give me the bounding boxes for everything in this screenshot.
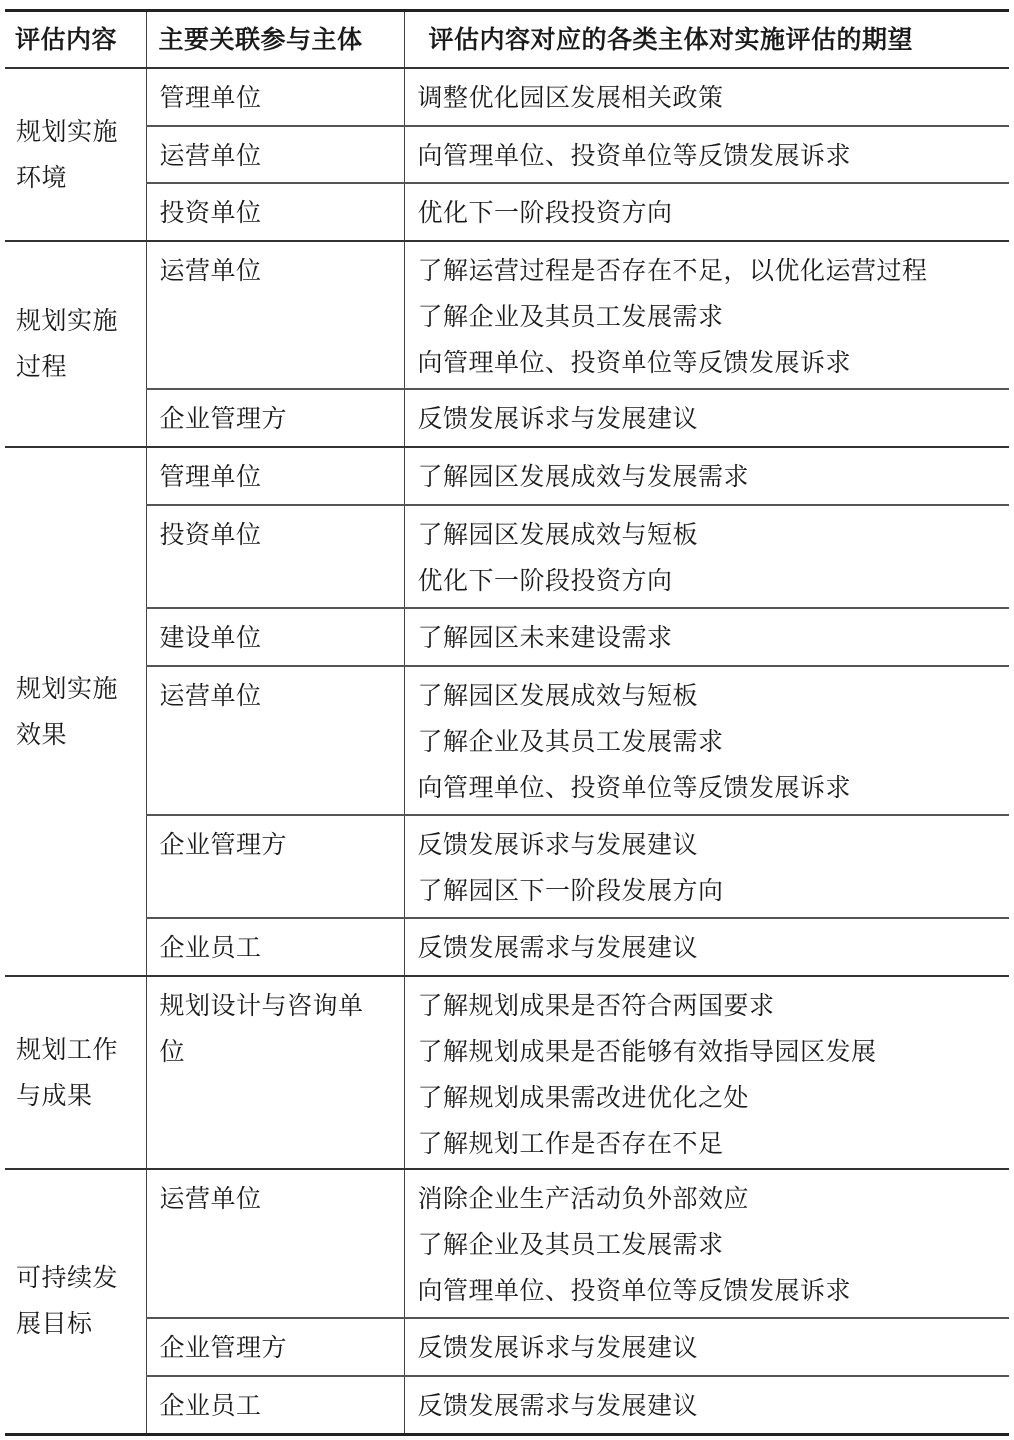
category-cell: 可持续发 展目标 bbox=[5, 1169, 146, 1434]
table-row: 规划实施 环境 管理单位 调整优化园区发展相关政策 bbox=[5, 68, 1009, 126]
subject-text: 企业管理方 bbox=[160, 396, 404, 442]
table-row: 企业员工 反馈发展需求与发展建议 bbox=[5, 1376, 1009, 1434]
expectation-cell: 反馈发展诉求与发展建议 bbox=[404, 1318, 1009, 1376]
expectation-cell: 了解规划成果是否符合两国要求 了解规划成果是否能够有效指导园区发展 了解规划成果… bbox=[404, 976, 1009, 1169]
expectation-cell: 了解运营过程是否存在不足，以优化运营过程 了解企业及其员工发展需求 向管理单位、… bbox=[404, 241, 1009, 389]
subject-text: 企业员工 bbox=[160, 1383, 404, 1429]
expectation-text: 反馈发展诉求与发展建议 bbox=[418, 822, 1010, 868]
table-row: 企业管理方 反馈发展诉求与发展建议 bbox=[5, 389, 1009, 447]
expectation-text: 了解企业及其员工发展需求 bbox=[418, 1222, 1010, 1268]
category-text: 规划实施 bbox=[16, 298, 146, 344]
expectation-text: 反馈发展诉求与发展建议 bbox=[418, 396, 1010, 442]
table-row: 运营单位 向管理单位、投资单位等反馈发展诉求 bbox=[5, 126, 1009, 183]
subject-cell: 建设单位 bbox=[146, 608, 404, 666]
expectation-cell: 向管理单位、投资单位等反馈发展诉求 bbox=[404, 126, 1009, 183]
subject-cell: 运营单位 bbox=[146, 666, 404, 815]
expectation-cell: 消除企业生产活动负外部效应 了解企业及其员工发展需求 向管理单位、投资单位等反馈… bbox=[404, 1169, 1009, 1318]
subject-cell: 规划设计与咨询单 位 bbox=[146, 976, 404, 1169]
subject-text: 投资单位 bbox=[160, 190, 404, 236]
table-row: 规划实施 效果 管理单位 了解园区发展成效与发展需求 bbox=[5, 447, 1009, 505]
expectation-cell: 反馈发展诉求与发展建议 bbox=[404, 389, 1009, 447]
subject-text: 管理单位 bbox=[160, 75, 404, 121]
expectation-cell: 反馈发展需求与发展建议 bbox=[404, 918, 1009, 976]
group-implementation-environment: 规划实施 环境 管理单位 调整优化园区发展相关政策 运营单位 向管理单位、投资单… bbox=[5, 68, 1009, 241]
expectation-text: 反馈发展诉求与发展建议 bbox=[418, 1325, 1010, 1371]
expectation-cell: 了解园区未来建设需求 bbox=[404, 608, 1009, 666]
table-header: 评估内容 主要关联参与主体 评估内容对应的各类主体对实施评估的期望 bbox=[5, 11, 1009, 69]
expectation-text: 了解园区下一阶段发展方向 bbox=[418, 868, 1010, 914]
category-cell: 规划实施 效果 bbox=[5, 447, 146, 976]
expectation-text: 了解企业及其员工发展需求 bbox=[418, 719, 1010, 765]
header-main-participants: 主要关联参与主体 bbox=[146, 11, 404, 69]
group-implementation-process: 规划实施 过程 运营单位 了解运营过程是否存在不足，以优化运营过程 了解企业及其… bbox=[5, 241, 1009, 447]
table-row: 企业管理方 反馈发展诉求与发展建议 了解园区下一阶段发展方向 bbox=[5, 815, 1009, 918]
expectation-text: 调整优化园区发展相关政策 bbox=[418, 75, 1010, 121]
expectation-text: 优化下一阶段投资方向 bbox=[418, 190, 1010, 236]
table-row: 企业员工 反馈发展需求与发展建议 bbox=[5, 918, 1009, 976]
subject-cell: 企业员工 bbox=[146, 1376, 404, 1434]
expectation-cell: 反馈发展需求与发展建议 bbox=[404, 1376, 1009, 1434]
group-sustainable-development-goals: 可持续发 展目标 运营单位 消除企业生产活动负外部效应 了解企业及其员工发展需求… bbox=[5, 1169, 1009, 1434]
subject-text: 规划设计与咨询单 bbox=[160, 983, 404, 1029]
category-text: 规划实施 bbox=[16, 109, 146, 155]
subject-text: 管理单位 bbox=[160, 454, 404, 500]
header-evaluation-content: 评估内容 bbox=[5, 11, 146, 69]
subject-text: 运营单位 bbox=[160, 133, 404, 179]
expectation-text: 了解园区未来建设需求 bbox=[418, 615, 1010, 661]
table-row: 规划工作 与成果 规划设计与咨询单 位 了解规划成果是否符合两国要求 了解规划成… bbox=[5, 976, 1009, 1169]
subject-text: 企业员工 bbox=[160, 925, 404, 971]
category-cell: 规划实施 过程 bbox=[5, 241, 146, 447]
expectation-text: 了解规划成果是否符合两国要求 bbox=[418, 983, 1010, 1029]
expectation-cell: 了解园区发展成效与发展需求 bbox=[404, 447, 1009, 505]
subject-cell: 运营单位 bbox=[146, 1169, 404, 1318]
subject-cell: 管理单位 bbox=[146, 447, 404, 505]
category-text: 规划实施 bbox=[16, 666, 146, 712]
expectation-text: 向管理单位、投资单位等反馈发展诉求 bbox=[418, 133, 1010, 179]
subject-text: 运营单位 bbox=[160, 248, 404, 294]
expectation-text: 了解规划成果是否能够有效指导园区发展 bbox=[418, 1029, 1010, 1075]
subject-cell: 运营单位 bbox=[146, 241, 404, 389]
subject-cell: 管理单位 bbox=[146, 68, 404, 126]
expectation-text: 了解企业及其员工发展需求 bbox=[418, 294, 1010, 340]
category-text: 与成果 bbox=[16, 1073, 146, 1119]
evaluation-table: 评估内容 主要关联参与主体 评估内容对应的各类主体对实施评估的期望 规划实施 环… bbox=[5, 9, 1009, 1436]
category-text: 环境 bbox=[16, 155, 146, 201]
expectation-text: 了解园区发展成效与短板 bbox=[418, 512, 1010, 558]
expectation-text: 向管理单位、投资单位等反馈发展诉求 bbox=[418, 765, 1010, 811]
group-implementation-effect: 规划实施 效果 管理单位 了解园区发展成效与发展需求 投资单位 了解园区发展成效… bbox=[5, 447, 1009, 976]
subject-cell: 企业员工 bbox=[146, 918, 404, 976]
expectation-text: 了解园区发展成效与短板 bbox=[418, 673, 1010, 719]
expectation-cell: 优化下一阶段投资方向 bbox=[404, 183, 1009, 241]
subject-text: 企业管理方 bbox=[160, 822, 404, 868]
subject-cell: 运营单位 bbox=[146, 126, 404, 183]
subject-cell: 投资单位 bbox=[146, 505, 404, 608]
category-cell: 规划实施 环境 bbox=[5, 68, 146, 241]
expectation-text: 反馈发展需求与发展建议 bbox=[418, 1383, 1010, 1429]
expectation-text: 了解园区发展成效与发展需求 bbox=[418, 454, 1010, 500]
subject-cell: 企业管理方 bbox=[146, 1318, 404, 1376]
expectation-cell: 了解园区发展成效与短板 优化下一阶段投资方向 bbox=[404, 505, 1009, 608]
table-row: 运营单位 了解园区发展成效与短板 了解企业及其员工发展需求 向管理单位、投资单位… bbox=[5, 666, 1009, 815]
category-text: 效果 bbox=[16, 712, 146, 758]
expectation-text: 了解规划工作是否存在不足 bbox=[418, 1121, 1010, 1167]
expectation-text: 反馈发展需求与发展建议 bbox=[418, 925, 1010, 971]
subject-text: 位 bbox=[160, 1029, 404, 1075]
expectation-cell: 了解园区发展成效与短板 了解企业及其员工发展需求 向管理单位、投资单位等反馈发展… bbox=[404, 666, 1009, 815]
category-cell: 规划工作 与成果 bbox=[5, 976, 146, 1169]
expectation-text: 了解运营过程是否存在不足，以优化运营过程 bbox=[418, 248, 1010, 294]
expectation-text: 优化下一阶段投资方向 bbox=[418, 558, 1010, 604]
group-planning-work-results: 规划工作 与成果 规划设计与咨询单 位 了解规划成果是否符合两国要求 了解规划成… bbox=[5, 976, 1009, 1169]
expectation-text: 向管理单位、投资单位等反馈发展诉求 bbox=[418, 1268, 1010, 1314]
header-expectations: 评估内容对应的各类主体对实施评估的期望 bbox=[404, 11, 1009, 69]
table-row: 投资单位 了解园区发展成效与短板 优化下一阶段投资方向 bbox=[5, 505, 1009, 608]
subject-cell: 企业管理方 bbox=[146, 815, 404, 918]
expectation-cell: 调整优化园区发展相关政策 bbox=[404, 68, 1009, 126]
table-row: 建设单位 了解园区未来建设需求 bbox=[5, 608, 1009, 666]
expectation-text: 了解规划成果需改进优化之处 bbox=[418, 1075, 1010, 1121]
table-row: 企业管理方 反馈发展诉求与发展建议 bbox=[5, 1318, 1009, 1376]
table-row: 可持续发 展目标 运营单位 消除企业生产活动负外部效应 了解企业及其员工发展需求… bbox=[5, 1169, 1009, 1318]
subject-cell: 投资单位 bbox=[146, 183, 404, 241]
subject-text: 建设单位 bbox=[160, 615, 404, 661]
category-text: 展目标 bbox=[16, 1301, 146, 1347]
subject-text: 运营单位 bbox=[160, 673, 404, 719]
category-text: 可持续发 bbox=[16, 1255, 146, 1301]
subject-text: 企业管理方 bbox=[160, 1325, 404, 1371]
subject-cell: 企业管理方 bbox=[146, 389, 404, 447]
expectation-cell: 反馈发展诉求与发展建议 了解园区下一阶段发展方向 bbox=[404, 815, 1009, 918]
expectation-text: 向管理单位、投资单位等反馈发展诉求 bbox=[418, 340, 1010, 386]
category-text: 规划工作 bbox=[16, 1027, 146, 1073]
category-text: 过程 bbox=[16, 344, 146, 390]
table-row: 投资单位 优化下一阶段投资方向 bbox=[5, 183, 1009, 241]
subject-text: 运营单位 bbox=[160, 1176, 404, 1222]
subject-text: 投资单位 bbox=[160, 512, 404, 558]
table-row: 规划实施 过程 运营单位 了解运营过程是否存在不足，以优化运营过程 了解企业及其… bbox=[5, 241, 1009, 389]
header-row: 评估内容 主要关联参与主体 评估内容对应的各类主体对实施评估的期望 bbox=[5, 11, 1009, 69]
expectation-text: 消除企业生产活动负外部效应 bbox=[418, 1176, 1010, 1222]
